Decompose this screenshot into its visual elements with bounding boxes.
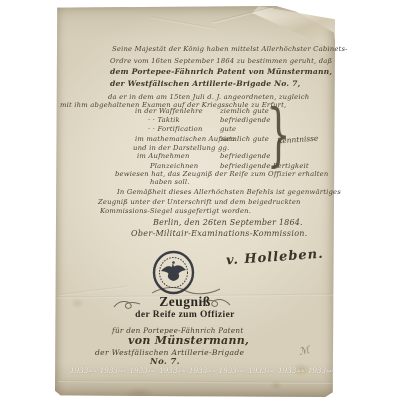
watermark-text: 1933Auk <box>308 366 334 375</box>
subject-label: · · Taktik <box>148 116 180 124</box>
handwritten-line: bewiesen hat, das Zeugniß der Reife zum … <box>115 170 328 178</box>
subject-label: im Aufnehmen <box>137 152 190 160</box>
handwritten-line: Seine Majestät der König haben mittelst … <box>112 45 348 53</box>
dateline: Berlin, den 26ten September 1864. <box>153 219 303 227</box>
handwritten-line: Zeugniß unter der Unterschrift und dem b… <box>98 198 301 206</box>
grade-value: ziemlich gute <box>220 107 269 115</box>
watermark-text: 1933Auk <box>189 366 215 375</box>
watermark-text: 1933Auk <box>100 366 126 375</box>
subject-label: in der Waffenlehre <box>135 107 203 115</box>
watermark-text: 1933Auk <box>70 366 96 375</box>
watermark-text: 1933Auk <box>129 366 155 375</box>
watermark-text: 1933Auk <box>219 366 245 375</box>
grade-value: befriedigende Fertigkeit <box>220 162 309 170</box>
handwritten-line-recipient-name: dem Portepee-Fähnrich Patent von Münster… <box>110 68 332 76</box>
handwritten-line: haben soll. <box>150 178 190 186</box>
watermark-text: 1933Auk <box>278 366 304 375</box>
subject-label: Planzeichnen <box>150 162 198 170</box>
grade-value: gute <box>220 125 236 133</box>
printed-title: Zeugniß <box>140 294 230 310</box>
handwritten-line: Kommissions-Siegel ausgefertigt worden. <box>100 207 251 215</box>
handwritten-line: In Gemäßheit dieses Allerhöchsten Befehl… <box>117 188 341 196</box>
watermark-row: 1933Auk 1933Auk 1933Auk 1933Auk 1933Auk … <box>70 366 334 375</box>
pencil-annotation: ℳ <box>298 345 311 358</box>
subject-label: und in der Darstellung gg. <box>133 144 229 152</box>
subject-label: · · Fortification <box>148 125 203 133</box>
handwritten-line: Ordre vom 16ten September 1864 zu bestim… <box>110 57 332 65</box>
watermark-text: 1933Auk <box>159 366 185 375</box>
photograph-of-certificate: Seine Majestät der König haben mittelst … <box>0 0 406 406</box>
grade-value: befriedigende <box>220 152 271 160</box>
issuer-line: Ober-Militair-Examinations-Kommission. <box>131 230 308 238</box>
grade-value: ziemlich gute <box>220 135 269 143</box>
recipient-name: von Münstermann, <box>128 334 249 347</box>
printed-subtitle: der Reife zum Offizier <box>124 310 246 320</box>
recipient-unit: der Westfälischen Artillerie-Brigade <box>95 348 244 357</box>
handwritten-line-unit: der Westfälischen Artillerie-Brigade No.… <box>110 80 300 88</box>
watermark-text: 1933Auk <box>248 366 274 375</box>
grade-value: befriedigende <box>220 116 271 124</box>
